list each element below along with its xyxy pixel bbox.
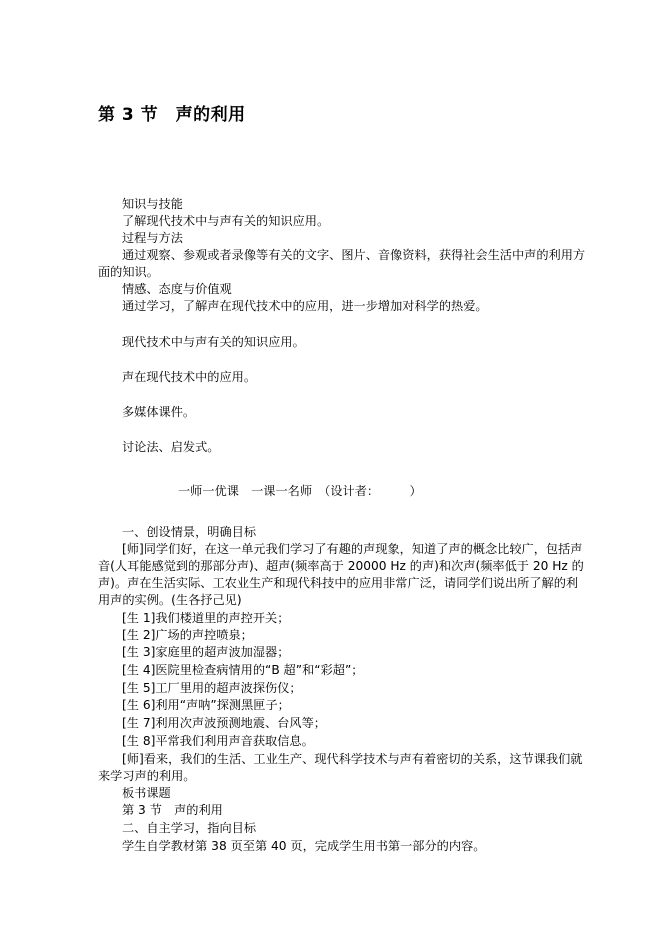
- board-label: 板书课题: [122, 785, 171, 802]
- intro-line: 声)。声在生活实际、工农业生产和现代科技中的应用非常广泛，请同学们说出所了解的利: [98, 575, 578, 592]
- objective-text-process-cont: 面的知识。: [98, 264, 159, 281]
- section2-heading: 二、自主学习，指向目标: [122, 820, 256, 837]
- difficulty: 声在现代技术中的应用。: [122, 369, 256, 386]
- objective-text-knowledge: 了解现代技术中与声有关的知识应用。: [122, 213, 329, 230]
- document-page: 第 3 节 声的利用 知识与技能 了解现代技术中与声有关的知识应用。 过程与方法…: [0, 0, 661, 935]
- teacher-conclusion: [师]看来，我们的生活、工业生产、现代科学技术与声有着密切的关系，这节课我们就: [122, 751, 582, 768]
- student-answer: [生 5]工厂里用的超声波探伤仪；: [122, 680, 302, 697]
- objective-text-process: 通过观察、参观或者录像等有关的文字、图片、音像资料，获得社会生活中声的利用方: [122, 247, 585, 264]
- objective-heading-knowledge: 知识与技能: [122, 196, 183, 213]
- student-answer: [生 6]利用“声呐”探测黑匣子；: [122, 697, 290, 714]
- teaching-tools: 多媒体课件。: [122, 404, 195, 421]
- intro-line: [师]同学们好，在这一单元我们学习了有趣的声现象，知道了声的概念比较广，包括声: [122, 541, 582, 558]
- board-title: 第 3 节 声的利用: [122, 802, 223, 819]
- intro-line: 用声的实例。(生各抒己见): [98, 592, 242, 609]
- objective-text-attitude: 通过学习，了解声在现代技术中的应用，进一步增加对科学的热爱。: [122, 298, 488, 315]
- student-answer: [生 7]利用次声波预测地震、台风等；: [122, 715, 326, 732]
- teaching-methods: 讨论法、启发式。: [122, 439, 220, 456]
- student-answer: [生 8]平常我们利用声音获取信息。: [122, 733, 314, 750]
- objective-heading-process: 过程与方法: [122, 230, 183, 247]
- designer-banner: 一师一优课 一课一名师 （设计者： ）: [178, 483, 422, 500]
- student-answer: [生 2]广场的声控喷泉；: [122, 627, 253, 644]
- section2-text: 学生自学教材第 38 页至第 40 页，完成学生用书第一部分的内容。: [122, 838, 485, 855]
- section1-heading: 一、创设情景，明确目标: [122, 524, 256, 541]
- key-point: 现代技术中与声有关的知识应用。: [122, 334, 305, 351]
- student-answer: [生 4]医院里检查病情用的“B 超”和“彩超”；: [122, 662, 363, 679]
- student-answer: [生 3]家庭里的超声波加湿器；: [122, 644, 289, 661]
- intro-line: 音(人耳能感觉到的那部分声)、超声(频率高于 20000 Hz 的声)和次声(频…: [98, 558, 584, 575]
- teacher-conclusion-cont: 来学习声的利用。: [98, 768, 196, 785]
- student-answer: [生 1]我们楼道里的声控开关；: [122, 610, 289, 627]
- objective-heading-attitude: 情感、态度与价值观: [122, 281, 232, 298]
- page-title: 第 3 节 声的利用: [98, 100, 246, 125]
